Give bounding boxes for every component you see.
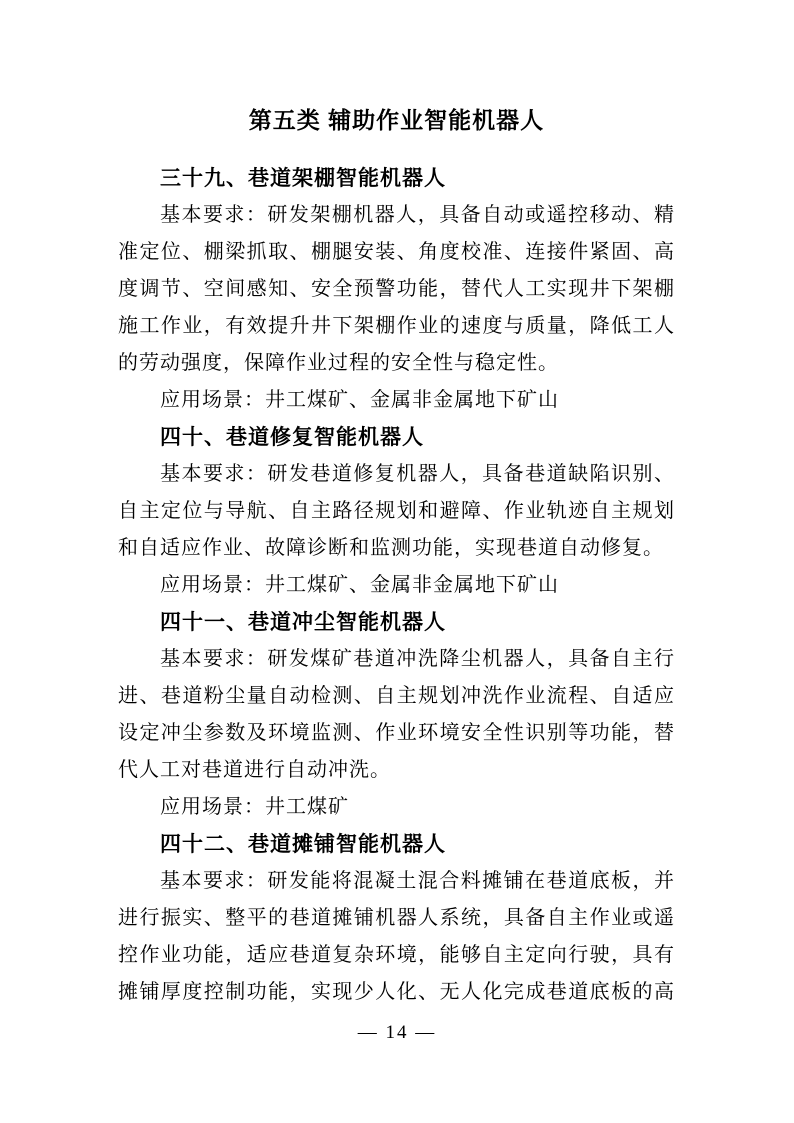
body-line: 基本要求：研发能将混凝土混合料摊铺在巷道底板，并 (118, 863, 675, 900)
body-line: 和自适应作业、故障诊断和监测功能，实现巷道自动修复。 (118, 530, 675, 567)
scene-line: 应用场景：井工煤矿 (118, 789, 675, 826)
body-line: 度调节、空间感知、安全预警功能，替代人工实现井下架棚 (118, 271, 675, 308)
scene-line: 应用场景：井工煤矿、金属非金属地下矿山 (118, 382, 675, 419)
section-heading: 四十二、巷道摊铺智能机器人 (118, 826, 675, 863)
section-heading: 四十、巷道修复智能机器人 (118, 419, 675, 456)
body-line: 基本要求：研发煤矿巷道冲洗降尘机器人，具备自主行 (118, 641, 675, 678)
body-line: 代人工对巷道进行自动冲洗。 (118, 752, 675, 789)
page-content: 第五类 辅助作业智能机器人 三十九、巷道架棚智能机器人基本要求：研发架棚机器人，… (118, 103, 675, 1011)
section-heading: 四十一、巷道冲尘智能机器人 (118, 604, 675, 641)
body-line: 准定位、棚梁抓取、棚腿安装、角度校准、连接件紧固、高 (118, 234, 675, 271)
body-line: 基本要求：研发巷道修复机器人，具备巷道缺陷识别、 (118, 456, 675, 493)
body-line: 摊铺厚度控制功能，实现少人化、无人化完成巷道底板的高 (118, 974, 675, 1011)
page-number: — 14 — (0, 1021, 794, 1045)
page-title: 第五类 辅助作业智能机器人 (118, 103, 675, 137)
body-line: 进、巷道粉尘量自动检测、自主规划冲洗作业流程、自适应 (118, 678, 675, 715)
body-line: 进行振实、整平的巷道摊铺机器人系统，具备自主作业或遥 (118, 900, 675, 937)
body-line: 设定冲尘参数及环境监测、作业环境安全性识别等功能，替 (118, 715, 675, 752)
document-page: 第五类 辅助作业智能机器人 三十九、巷道架棚智能机器人基本要求：研发架棚机器人，… (0, 0, 794, 1123)
body-line: 的劳动强度，保障作业过程的安全性与稳定性。 (118, 345, 675, 382)
section-heading: 三十九、巷道架棚智能机器人 (118, 160, 675, 197)
body-line: 自主定位与导航、自主路径规划和避障、作业轨迹自主规划 (118, 493, 675, 530)
body-line: 控作业功能，适应巷道复杂环境，能够自主定向行驶，具有 (118, 937, 675, 974)
scene-line: 应用场景：井工煤矿、金属非金属地下矿山 (118, 567, 675, 604)
body-line: 基本要求：研发架棚机器人，具备自动或遥控移动、精 (118, 197, 675, 234)
body-blocks: 三十九、巷道架棚智能机器人基本要求：研发架棚机器人，具备自动或遥控移动、精准定位… (118, 160, 675, 1011)
body-line: 施工作业，有效提升井下架棚作业的速度与质量，降低工人 (118, 308, 675, 345)
